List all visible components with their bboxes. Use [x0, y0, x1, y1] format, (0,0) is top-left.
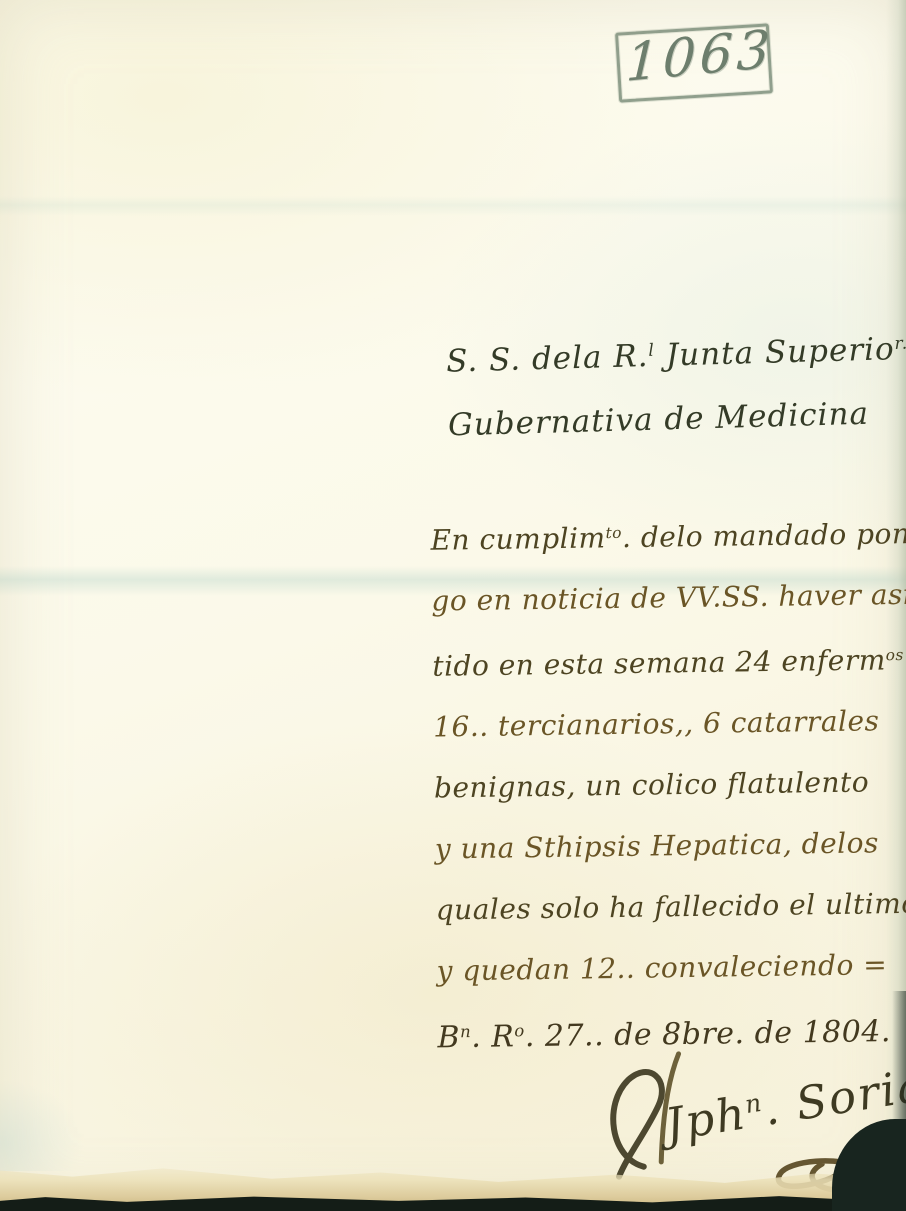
- paper-left-shade: [0, 1031, 120, 1171]
- handwritten-line: En cumplimto. delo mandado pon-: [430, 498, 906, 570]
- handwritten-line: y quedan 12.. convaleciendo =: [436, 934, 906, 1002]
- archive-number-stamp: 1063: [615, 23, 773, 102]
- handwritten-line: benignas, un colico flatulento: [434, 751, 906, 819]
- letter-body: En cumplimto. delo mandado pon-go en not…: [430, 498, 906, 1068]
- handwritten-line: tido en esta semana 24 enfermos: [432, 625, 906, 697]
- handwritten-line: go en noticia de VV.SS. haver asis-: [431, 564, 906, 632]
- handwritten-line: y una Sthipsis Hepatica, delos: [434, 812, 906, 880]
- scanned-manuscript-letter: 1063 S. S. dela R.l Junta Superior.Guber…: [0, 0, 906, 1211]
- handwritten-line: Gubernativa de Medicina: [447, 381, 906, 458]
- letter-heading: S. S. dela R.l Junta Superior.Gubernativ…: [445, 312, 906, 458]
- handwritten-line: quales solo ha fallecido el ultimo: [435, 873, 906, 941]
- handwritten-line: 16.. tercianarios,, 6 catarrales: [433, 690, 906, 758]
- handwritten-line: S. S. dela R.l Junta Superior.: [445, 312, 906, 394]
- archive-number: 1063: [625, 19, 775, 94]
